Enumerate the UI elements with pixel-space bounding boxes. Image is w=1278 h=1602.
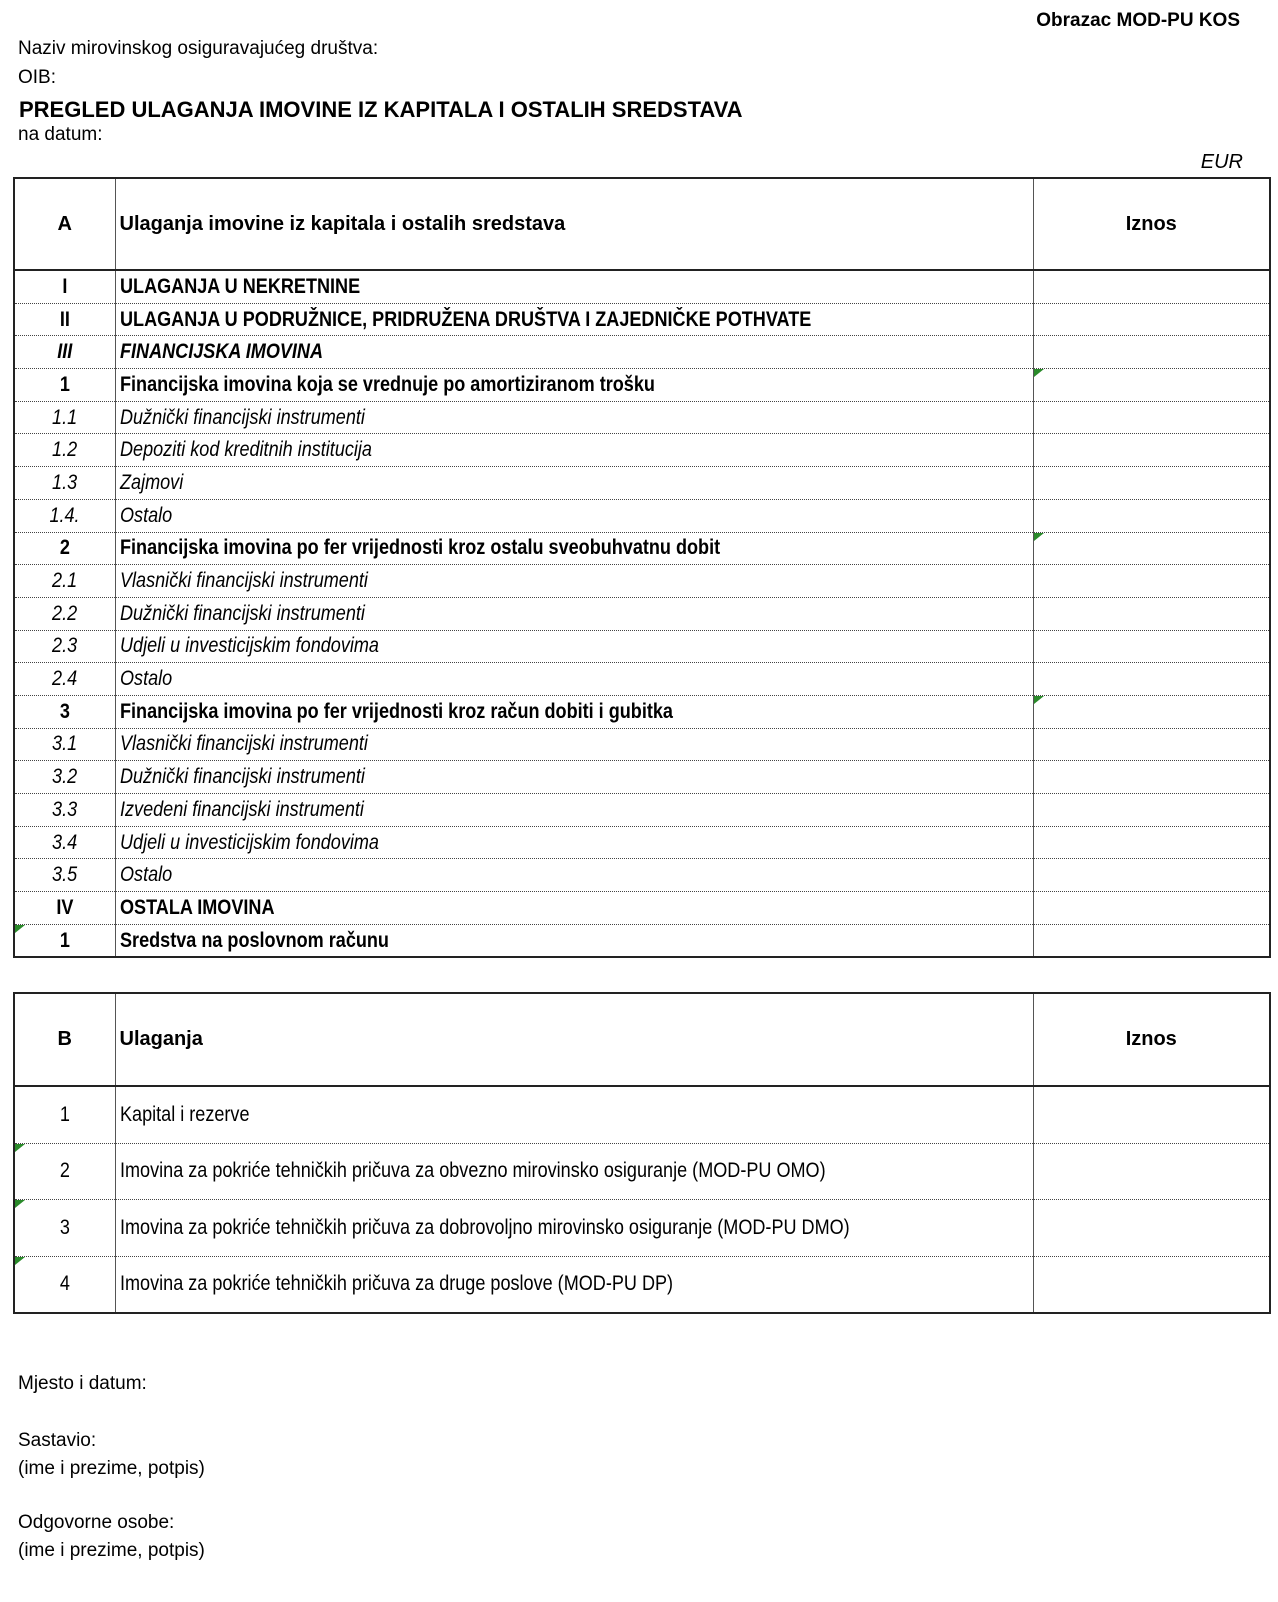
amount-input-cell[interactable] (1033, 434, 1270, 467)
table-row: IIIFINANCIJSKA IMOVINA (14, 336, 1270, 369)
column-header-code: A (14, 178, 115, 270)
row-label: Izvedeni financijski instrumenti (115, 794, 1033, 827)
comment-marker-icon[interactable] (1034, 696, 1044, 704)
amount-input-cell[interactable] (1033, 532, 1270, 565)
table-b: B Ulaganja Iznos 1Kapital i rezerve2Imov… (13, 992, 1271, 1314)
table-row: IIULAGANJA U PODRUŽNICE, PRIDRUŽENA DRUŠ… (14, 303, 1270, 336)
table-row: 3Imovina za pokriće tehničkih pričuva za… (14, 1200, 1270, 1257)
oib-label: OIB: (18, 67, 56, 89)
amount-input-cell[interactable] (1033, 467, 1270, 500)
row-code: I (14, 270, 115, 303)
table-row: IULAGANJA U NEKRETNINE (14, 270, 1270, 303)
row-label-text: Imovina za pokriće tehničkih pričuva za … (120, 1216, 850, 1240)
row-code-text: 2 (60, 536, 70, 560)
amount-input-cell[interactable] (1033, 270, 1270, 303)
row-code-text: 3.3 (52, 798, 77, 822)
amount-input-cell[interactable] (1033, 369, 1270, 402)
table-row: 3.4Udjeli u investicijskim fondovima (14, 826, 1270, 859)
row-label-text: Imovina za pokriće tehničkih pričuva za … (120, 1159, 826, 1183)
row-code: 1 (14, 924, 115, 957)
row-label-text: Vlasnički financijski instrumenti (120, 569, 368, 593)
row-code-text: 1 (60, 929, 70, 953)
row-label: Ostalo (115, 663, 1033, 696)
row-label-text: Ostalo (120, 667, 172, 691)
row-label: Depoziti kod kreditnih institucija (115, 434, 1033, 467)
table-row: 1.2Depoziti kod kreditnih institucija (14, 434, 1270, 467)
row-label: Dužnički financijski instrumenti (115, 597, 1033, 630)
column-header-amount: Iznos (1033, 993, 1270, 1086)
row-label: Financijska imovina po fer vrijednosti k… (115, 695, 1033, 728)
comment-marker-icon[interactable] (15, 925, 25, 933)
row-code: 3.2 (14, 761, 115, 794)
page-title: PREGLED ULAGANJA IMOVINE IZ KAPITALA I O… (19, 97, 743, 123)
row-code-text: 1 (60, 373, 70, 397)
row-code: 1.1 (14, 401, 115, 434)
table-row: 3.1Vlasnički financijski instrumenti (14, 728, 1270, 761)
row-code-text: 1.2 (52, 438, 77, 462)
row-code-text: 3 (60, 700, 70, 724)
table-row: 1Financijska imovina koja se vrednuje po… (14, 369, 1270, 402)
row-label: Dužnički financijski instrumenti (115, 401, 1033, 434)
row-label-text: Depoziti kod kreditnih institucija (120, 438, 372, 462)
row-label: Vlasnički financijski instrumenti (115, 728, 1033, 761)
table-row: 1.4.Ostalo (14, 499, 1270, 532)
amount-input-cell[interactable] (1033, 663, 1270, 696)
row-code: 1.2 (14, 434, 115, 467)
form-code: Obrazac MOD-PU KOS (1036, 10, 1240, 32)
row-code: 1 (14, 1086, 115, 1143)
company-name-label: Naziv mirovinskog osiguravajućeg društva… (18, 38, 378, 60)
row-label-text: FINANCIJSKA IMOVINA (120, 340, 323, 364)
row-code: 3 (14, 1200, 115, 1257)
table-row: 1Kapital i rezerve (14, 1086, 1270, 1143)
table-row: 4Imovina za pokriće tehničkih pričuva za… (14, 1256, 1270, 1313)
row-label-text: Zajmovi (120, 471, 183, 495)
amount-input-cell[interactable] (1033, 630, 1270, 663)
row-label: Financijska imovina koja se vrednuje po … (115, 369, 1033, 402)
row-label-text: Ostalo (120, 504, 172, 528)
amount-input-cell[interactable] (1033, 728, 1270, 761)
comment-marker-icon[interactable] (15, 1257, 25, 1265)
row-code: 1.4. (14, 499, 115, 532)
table-row: 2.3Udjeli u investicijskim fondovima (14, 630, 1270, 663)
row-code-text: 2.3 (52, 634, 77, 658)
row-label-text: Financijska imovina po fer vrijednosti k… (120, 700, 673, 724)
responsible-persons-hint: (ime i prezime, potpis) (18, 1540, 205, 1562)
row-code: 2.1 (14, 565, 115, 598)
table-a: A Ulaganja imovine iz kapitala i ostalih… (13, 177, 1271, 958)
place-date-label: Mjesto i datum: (18, 1373, 147, 1395)
row-label: FINANCIJSKA IMOVINA (115, 336, 1033, 369)
row-code: III (14, 336, 115, 369)
row-label-text: Dužnički financijski instrumenti (120, 602, 365, 626)
row-code: 4 (14, 1256, 115, 1313)
row-label-text: Financijska imovina po fer vrijednosti k… (120, 536, 720, 560)
compiled-by-hint: (ime i prezime, potpis) (18, 1458, 205, 1480)
row-code-text: 3.1 (52, 732, 77, 756)
row-label-text: ULAGANJA U NEKRETNINE (120, 275, 360, 299)
row-code: 3.3 (14, 794, 115, 827)
row-label: ULAGANJA U NEKRETNINE (115, 270, 1033, 303)
row-label-text: Ostalo (120, 863, 172, 887)
row-code-text: II (60, 308, 70, 332)
table-a-header: A Ulaganja imovine iz kapitala i ostalih… (14, 178, 1270, 270)
row-code-text: IV (56, 896, 73, 920)
row-label: Vlasnički financijski instrumenti (115, 565, 1033, 598)
row-code: 2.4 (14, 663, 115, 696)
amount-input-cell[interactable] (1033, 1143, 1270, 1200)
amount-input-cell[interactable] (1033, 336, 1270, 369)
row-label-text: Imovina za pokriće tehničkih pričuva za … (120, 1272, 673, 1296)
column-header-amount: Iznos (1033, 178, 1270, 270)
row-label: Ostalo (115, 499, 1033, 532)
table-row: 1.3Zajmovi (14, 467, 1270, 500)
row-code-text: 3.4 (52, 831, 77, 855)
row-code: 2.3 (14, 630, 115, 663)
row-code: 3.5 (14, 859, 115, 892)
row-label-text: Izvedeni financijski instrumenti (120, 798, 364, 822)
row-code: 2 (14, 532, 115, 565)
row-label: Zajmovi (115, 467, 1033, 500)
row-code-text: 3.2 (52, 765, 77, 789)
amount-input-cell[interactable] (1033, 761, 1270, 794)
row-code-text: I (62, 275, 67, 299)
row-label: Dužnički financijski instrumenti (115, 761, 1033, 794)
row-code-text: 1.3 (52, 471, 77, 495)
table-row: IVOSTALA IMOVINA (14, 892, 1270, 925)
row-label-text: OSTALA IMOVINA (120, 896, 275, 920)
amount-input-cell[interactable] (1033, 1200, 1270, 1257)
currency-label: EUR (1201, 151, 1243, 174)
amount-input-cell[interactable] (1033, 499, 1270, 532)
row-label-text: Sredstva na poslovnom računu (120, 929, 389, 953)
column-header-code: B (14, 993, 115, 1086)
row-label-text: Udjeli u investicijskim fondovima (120, 831, 379, 855)
table-row: 1.1Dužnički financijski instrumenti (14, 401, 1270, 434)
date-label: na datum: (18, 124, 103, 146)
amount-input-cell[interactable] (1033, 826, 1270, 859)
row-label: OSTALA IMOVINA (115, 892, 1033, 925)
row-code: 1.3 (14, 467, 115, 500)
row-label: Imovina za pokriće tehničkih pričuva za … (115, 1256, 1033, 1313)
row-code-text: 2.4 (52, 667, 77, 691)
row-code-text: III (57, 340, 72, 364)
amount-input-cell[interactable] (1033, 859, 1270, 892)
table-row: 1Sredstva na poslovnom računu (14, 924, 1270, 957)
row-code-text: 2.2 (52, 602, 77, 626)
comment-marker-icon[interactable] (1034, 533, 1044, 541)
table-b-header: B Ulaganja Iznos (14, 993, 1270, 1086)
row-code: 3.4 (14, 826, 115, 859)
row-code-text: 4 (60, 1272, 70, 1296)
responsible-persons-label: Odgovorne osobe: (18, 1512, 174, 1534)
column-header-label: Ulaganja (115, 993, 1033, 1086)
row-code-text: 2 (60, 1159, 70, 1183)
row-code: II (14, 303, 115, 336)
table-row: 3.3Izvedeni financijski instrumenti (14, 794, 1270, 827)
comment-marker-icon[interactable] (15, 1200, 25, 1208)
row-code: 3 (14, 695, 115, 728)
row-label-text: Financijska imovina koja se vrednuje po … (120, 373, 655, 397)
row-code: IV (14, 892, 115, 925)
row-label-text: Udjeli u investicijskim fondovima (120, 634, 379, 658)
row-code-text: 3.5 (52, 863, 77, 887)
row-label: ULAGANJA U PODRUŽNICE, PRIDRUŽENA DRUŠTV… (115, 303, 1033, 336)
row-label: Udjeli u investicijskim fondovima (115, 630, 1033, 663)
row-code-text: 2.1 (52, 569, 77, 593)
table-row: 2.1Vlasnički financijski instrumenti (14, 565, 1270, 598)
row-code: 2.2 (14, 597, 115, 630)
row-label-text: Dužnički financijski instrumenti (120, 765, 365, 789)
row-code: 3.1 (14, 728, 115, 761)
row-label: Kapital i rezerve (115, 1086, 1033, 1143)
table-row: 3.5Ostalo (14, 859, 1270, 892)
row-label-text: Kapital i rezerve (120, 1103, 249, 1127)
amount-input-cell[interactable] (1033, 401, 1270, 434)
table-row: 3Financijska imovina po fer vrijednosti … (14, 695, 1270, 728)
row-code-text: 3 (60, 1216, 70, 1240)
table-row: 2.2Dužnički financijski instrumenti (14, 597, 1270, 630)
row-label: Imovina za pokriće tehničkih pričuva za … (115, 1143, 1033, 1200)
amount-input-cell[interactable] (1033, 1256, 1270, 1313)
row-code: 2 (14, 1143, 115, 1200)
table-row: 3.2Dužnički financijski instrumenti (14, 761, 1270, 794)
row-label-text: ULAGANJA U PODRUŽNICE, PRIDRUŽENA DRUŠTV… (120, 308, 811, 332)
compiled-by-label: Sastavio: (18, 1430, 96, 1452)
table-row: 2Imovina za pokriće tehničkih pričuva za… (14, 1143, 1270, 1200)
row-code: 1 (14, 369, 115, 402)
table-row: 2Financijska imovina po fer vrijednosti … (14, 532, 1270, 565)
amount-input-cell[interactable] (1033, 303, 1270, 336)
row-label: Sredstva na poslovnom računu (115, 924, 1033, 957)
amount-input-cell[interactable] (1033, 565, 1270, 598)
amount-input-cell[interactable] (1033, 794, 1270, 827)
row-label-text: Vlasnički financijski instrumenti (120, 732, 368, 756)
amount-input-cell[interactable] (1033, 924, 1270, 957)
row-label: Udjeli u investicijskim fondovima (115, 826, 1033, 859)
amount-input-cell[interactable] (1033, 597, 1270, 630)
row-label: Ostalo (115, 859, 1033, 892)
row-label: Financijska imovina po fer vrijednosti k… (115, 532, 1033, 565)
row-code-text: 1.4. (50, 504, 80, 528)
amount-input-cell[interactable] (1033, 1086, 1270, 1143)
row-code-text: 1.1 (52, 406, 77, 430)
row-label-text: Dužnički financijski instrumenti (120, 406, 365, 430)
table-row: 2.4Ostalo (14, 663, 1270, 696)
row-label: Imovina za pokriće tehničkih pričuva za … (115, 1200, 1033, 1257)
row-code-text: 1 (60, 1103, 70, 1127)
amount-input-cell[interactable] (1033, 695, 1270, 728)
column-header-label: Ulaganja imovine iz kapitala i ostalih s… (115, 178, 1033, 270)
comment-marker-icon[interactable] (1034, 369, 1044, 377)
comment-marker-icon[interactable] (15, 1144, 25, 1152)
amount-input-cell[interactable] (1033, 892, 1270, 925)
